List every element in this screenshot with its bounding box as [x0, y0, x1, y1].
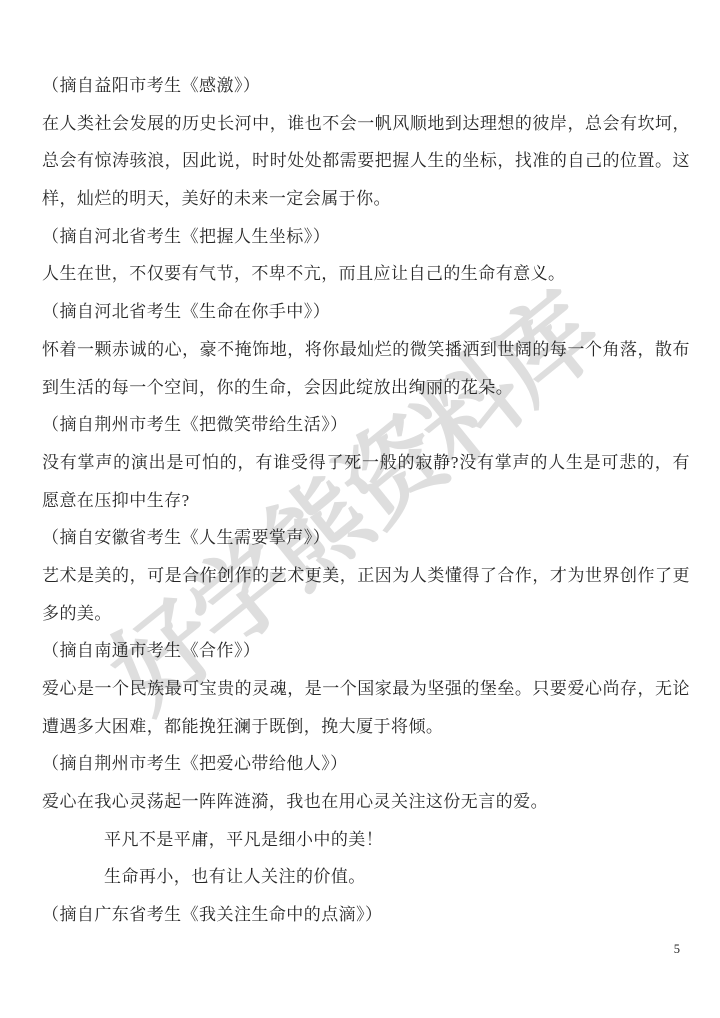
text-line: 样，灿烂的明天，美好的未来一定会属于你。	[42, 180, 690, 218]
text-line: 怀着一颗赤诚的心，豪不掩饰地，将你最灿烂的微笑播洒到世阔的每一个角落，散布	[42, 331, 690, 369]
text-line: （摘自河北省考生《把握人生坐标》）	[42, 218, 690, 256]
document-page: 好学熊资料库 （摘自益阳市考生《感激》）在人类社会发展的历史长河中，谁也不会一帆…	[0, 0, 720, 1018]
text-line: （摘自广东省考生《我关注生命中的点滴》）	[42, 896, 690, 934]
text-line: （摘自安徽省考生《人生需要掌声》）	[42, 519, 690, 557]
text-line: 生命再小，也有让人关注的价值。	[42, 858, 690, 896]
text-line: （摘自益阳市考生《感激》）	[42, 67, 690, 105]
text-line: 总会有惊涛骇浪，因此说，时时处处都需要把握人生的坐标，找准的自己的位置。这	[42, 142, 690, 180]
text-line: 艺术是美的，可是合作创作的艺术更美，正因为人类懂得了合作，才为世界创作了更	[42, 557, 690, 595]
text-line: 没有掌声的演出是可怕的，有谁受得了死一般的寂静?没有掌声的人生是可悲的，有谁	[42, 444, 690, 482]
text-line: （摘自荆州市考生《把爱心带给他人》）	[42, 745, 690, 783]
text-line: 愿意在压抑中生存?	[42, 482, 690, 520]
text-line: （摘自河北省考生《生命在你手中》）	[42, 293, 690, 331]
text-line: 遭遇多大困难，都能挽狂澜于既倒，挽大厦于将倾。	[42, 708, 690, 746]
text-line: 在人类社会发展的历史长河中，谁也不会一帆风顺地到达理想的彼岸，总会有坎坷，	[42, 105, 690, 143]
text-line: 多的美。	[42, 595, 690, 633]
document-body: （摘自益阳市考生《感激》）在人类社会发展的历史长河中，谁也不会一帆风顺地到达理想…	[42, 67, 690, 934]
text-line: 爱心在我心灵荡起一阵阵涟漪，我也在用心灵关注这份无言的爱。	[42, 783, 690, 821]
text-line: 爱心是一个民族最可宝贵的灵魂，是一个国家最为坚强的堡垒。只要爱心尚存，无论	[42, 670, 690, 708]
page-number: 5	[674, 940, 680, 958]
text-line: 到生活的每一个空间，你的生命，会因此绽放出绚丽的花朵。	[42, 369, 690, 407]
text-line: （摘自南通市考生《合作》）	[42, 632, 690, 670]
text-line: （摘自荆州市考生《把微笑带给生活》）	[42, 406, 690, 444]
text-line: 平凡不是平庸，平凡是细小中的美！	[42, 821, 690, 859]
text-line: 人生在世，不仅要有气节，不卑不亢，而且应让自己的生命有意义。	[42, 255, 690, 293]
